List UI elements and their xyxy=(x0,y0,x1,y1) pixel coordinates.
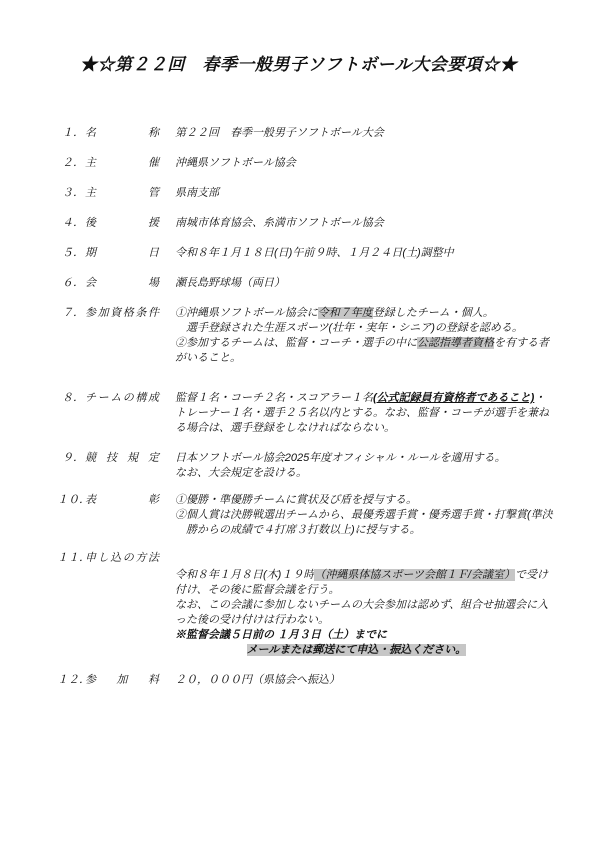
document-line: なお、この会議に参加しないチームの大会参加は認めず、組合せ抽選会に入 xyxy=(175,598,540,613)
item-label: 競技規定 xyxy=(85,451,159,481)
item-label: 期日 xyxy=(85,246,159,261)
document-line: がいること。 xyxy=(175,351,540,366)
document-item: ２．主催沖縄県ソフトボール協会 xyxy=(57,156,540,171)
document-line: 瀬長島野球場（両日） xyxy=(175,276,540,291)
text-segment: なお、大会規定を設ける。 xyxy=(175,467,307,479)
text-segment: ②個人賞は決勝戦選出チームから、最優秀選手賞・優秀選手賞・打撃賞(準決 xyxy=(175,509,553,521)
text-segment: 県南支部 xyxy=(175,187,219,199)
document-title: ★☆第２２回 春季一般男子ソフトボール大会要項☆★ xyxy=(57,52,540,78)
item-label: 主管 xyxy=(85,186,159,201)
document-line: 南城市体育協会、糸満市ソフトボール協会 xyxy=(175,216,540,231)
text-segment: る場合は、選手登録をしなければならない。 xyxy=(175,422,395,434)
item-number: ３． xyxy=(57,186,84,201)
document-items: １．名称第２２回 春季一般男子ソフトボール大会２．主催沖縄県ソフトボール協会３．… xyxy=(57,126,540,688)
document-item: ５．期日令和８年１月１８日(日)午前９時、１月２４日(土)調整中 xyxy=(57,246,540,261)
item-content: 南城市体育協会、糸満市ソフトボール協会 xyxy=(175,216,540,231)
document-line: トレーナー１名・選手２５名以内とする。なお、監督・コーチが選手を兼ね xyxy=(175,406,540,421)
text-segment: 南城市体育協会、糸満市ソフトボール協会 xyxy=(175,217,384,229)
document-line: ①沖縄県ソフトボール協会に令和７年度登録したチーム・個人。 xyxy=(175,306,540,321)
text-segment: 監督１名・コーチ２名・スコアラー１名 xyxy=(175,392,373,404)
text-segment: 登録したチーム・個人。 xyxy=(373,307,494,319)
document-line: ②個人賞は決勝戦選出チームから、最優秀選手賞・優秀選手賞・打撃賞(準決 xyxy=(175,508,540,523)
item-number: １１． xyxy=(57,551,84,566)
highlighted-text: 公認指導者資格 xyxy=(417,337,494,349)
item-content: 第２２回 春季一般男子ソフトボール大会 xyxy=(175,126,540,141)
document-line: 監督１名・コーチ２名・スコアラー１名(公式記録員有資格者であること)・ xyxy=(175,391,540,406)
item-number: ９． xyxy=(57,451,84,481)
text-segment: を有する者 xyxy=(494,337,549,349)
text-segment: がいること。 xyxy=(175,352,241,364)
document-line: 付け、その後に監督会議を行う。 xyxy=(175,583,540,598)
text-segment: った後の受け付けは行わない。 xyxy=(175,614,329,626)
highlighted-text: 令和７年度 xyxy=(318,307,373,319)
text-segment: 瀬長島野球場（両日） xyxy=(175,277,285,289)
item-content: 瀬長島野球場（両日） xyxy=(175,276,540,291)
document-line: なお、大会規定を設ける。 xyxy=(175,466,540,481)
item-number: １０． xyxy=(57,493,84,538)
text-segment: ※監督会議５日前の １月３日（土）までに xyxy=(175,629,387,641)
text-segment: ①沖縄県ソフトボール協会に xyxy=(175,307,318,319)
text-segment: ・ xyxy=(534,392,545,404)
item-content: ２０，０００円（県協会へ振込） xyxy=(175,673,540,688)
text-segment: ②参加するチームは、監督・コーチ・選手の中に xyxy=(175,337,417,349)
document-item: ８．チームの構成監督１名・コーチ２名・スコアラー１名(公式記録員有資格者であるこ… xyxy=(57,391,540,436)
document-item: ６．会場瀬長島野球場（両日） xyxy=(57,276,540,291)
text-segment: トレーナー１名・選手２５名以内とする。なお、監督・コーチが選手を兼ね xyxy=(175,407,549,419)
item-number: ７． xyxy=(57,306,84,366)
text-segment: ２０，０００円（県協会へ振込） xyxy=(175,674,340,686)
document-line: 選手登録された生涯スポーツ(壮年・実年・シニア)の登録を認める。 xyxy=(175,321,540,336)
text-segment: なお、この会議に参加しないチームの大会参加は認めず、組合せ抽選会に入 xyxy=(175,599,548,611)
text-segment: 令和８年１月１８日(日)午前９時、１月２４日(土)調整中 xyxy=(175,247,454,259)
item-label: 会場 xyxy=(85,276,159,291)
item-number: ６． xyxy=(57,276,84,291)
item-label: 参加料 xyxy=(85,673,159,688)
document-item: １．名称第２２回 春季一般男子ソフトボール大会 xyxy=(57,126,540,141)
item-label: 表彰 xyxy=(85,493,159,538)
document-line: ※監督会議５日前の １月３日（土）までに xyxy=(175,628,540,643)
document-item: ９．競技規定日本ソフトボール協会2025年度オフィシャル・ルールを適用する。なお… xyxy=(57,451,540,481)
text-segment: 令和８年１月８日(木)１９時 xyxy=(175,569,314,581)
document-item: ４．後援南城市体育協会、糸満市ソフトボール協会 xyxy=(57,216,540,231)
document-line: ①優勝・準優勝チームに賞状及び盾を授与する。 xyxy=(175,493,540,508)
item-number: ４． xyxy=(57,216,84,231)
text-segment: 第２２回 春季一般男子ソフトボール大会 xyxy=(175,127,384,139)
item-number: １． xyxy=(57,126,84,141)
text-segment: 日本ソフトボール協会2025年度オフィシャル・ルールを適用する。 xyxy=(175,452,506,464)
text-segment: 選手登録された生涯スポーツ(壮年・実年・シニア)の登録を認める。 xyxy=(186,322,523,334)
text-segment: 沖縄県ソフトボール協会 xyxy=(175,157,296,169)
text-segment: で受け xyxy=(515,569,548,581)
document-line: 令和８年１月１８日(日)午前９時、１月２４日(土)調整中 xyxy=(175,246,540,261)
item-content: 令和８年１月８日(木)１９時（沖縄県体協スポーツ会館１Ｆ/会議室）で受け付け、そ… xyxy=(175,568,540,658)
text-segment: 勝からの成績で４打席３打数以上)に授与する。 xyxy=(186,524,421,536)
document-item: ３．主管県南支部 xyxy=(57,186,540,201)
document-item: ７．参加資格条件①沖縄県ソフトボール協会に令和７年度登録したチーム・個人。選手登… xyxy=(57,306,540,366)
document-item: １０．表彰①優勝・準優勝チームに賞状及び盾を授与する。②個人賞は決勝戦選出チーム… xyxy=(57,493,540,538)
item-label: 主催 xyxy=(85,156,159,171)
document-line: 沖縄県ソフトボール協会 xyxy=(175,156,540,171)
item-label: 参加資格条件 xyxy=(85,306,159,366)
item-label: チームの構成 xyxy=(85,391,159,436)
document-line: 第２２回 春季一般男子ソフトボール大会 xyxy=(175,126,540,141)
document-line: 勝からの成績で４打席３打数以上)に授与する。 xyxy=(175,523,540,538)
document-line: った後の受け付けは行わない。 xyxy=(175,613,540,628)
document-line: ２０，０００円（県協会へ振込） xyxy=(175,673,540,688)
item-number: ８． xyxy=(57,391,84,436)
document-line: 日本ソフトボール協会2025年度オフィシャル・ルールを適用する。 xyxy=(175,451,540,466)
document-line: 県南支部 xyxy=(175,186,540,201)
text-segment: (公式記録員有資格者であること) xyxy=(373,392,534,404)
item-content: 県南支部 xyxy=(175,186,540,201)
document-item: １２．参加料２０，０００円（県協会へ振込） xyxy=(57,673,540,688)
highlighted-text: （沖縄県体協スポーツ会館１Ｆ/会議室） xyxy=(314,569,515,581)
item-label: 名称 xyxy=(85,126,159,141)
text-segment: 付け、その後に監督会議を行う。 xyxy=(175,584,340,596)
item-content: 令和８年１月１８日(日)午前９時、１月２４日(土)調整中 xyxy=(175,246,540,261)
item-number: ５． xyxy=(57,246,84,261)
item-content: 監督１名・コーチ２名・スコアラー１名(公式記録員有資格者であること)・トレーナー… xyxy=(175,391,540,436)
item-label: 申し込の方法 xyxy=(85,551,159,566)
item-content: 日本ソフトボール協会2025年度オフィシャル・ルールを適用する。なお、大会規定を… xyxy=(175,451,540,481)
item-content: 沖縄県ソフトボール協会 xyxy=(175,156,540,171)
text-segment: ①優勝・準優勝チームに賞状及び盾を授与する。 xyxy=(175,494,417,506)
document-line: る場合は、選手登録をしなければならない。 xyxy=(175,421,540,436)
highlighted-text: メールまたは郵送にて申込・振込ください。 xyxy=(247,644,467,656)
item-number: １２． xyxy=(57,673,84,688)
document-item: １１．申し込の方法令和８年１月８日(木)１９時（沖縄県体協スポーツ会館１Ｆ/会議… xyxy=(57,551,540,658)
page: ★☆第２２回 春季一般男子ソフトボール大会要項☆★ １．名称第２２回 春季一般男… xyxy=(0,0,595,841)
document-line: ②参加するチームは、監督・コーチ・選手の中に公認指導者資格を有する者 xyxy=(175,336,540,351)
document-line: メールまたは郵送にて申込・振込ください。 xyxy=(175,643,540,658)
item-label: 後援 xyxy=(85,216,159,231)
document-line: 令和８年１月８日(木)１９時（沖縄県体協スポーツ会館１Ｆ/会議室）で受け xyxy=(175,568,540,583)
item-content: ①優勝・準優勝チームに賞状及び盾を授与する。②個人賞は決勝戦選出チームから、最優… xyxy=(175,493,540,538)
item-number: ２． xyxy=(57,156,84,171)
item-content: ①沖縄県ソフトボール協会に令和７年度登録したチーム・個人。選手登録された生涯スポ… xyxy=(175,306,540,366)
